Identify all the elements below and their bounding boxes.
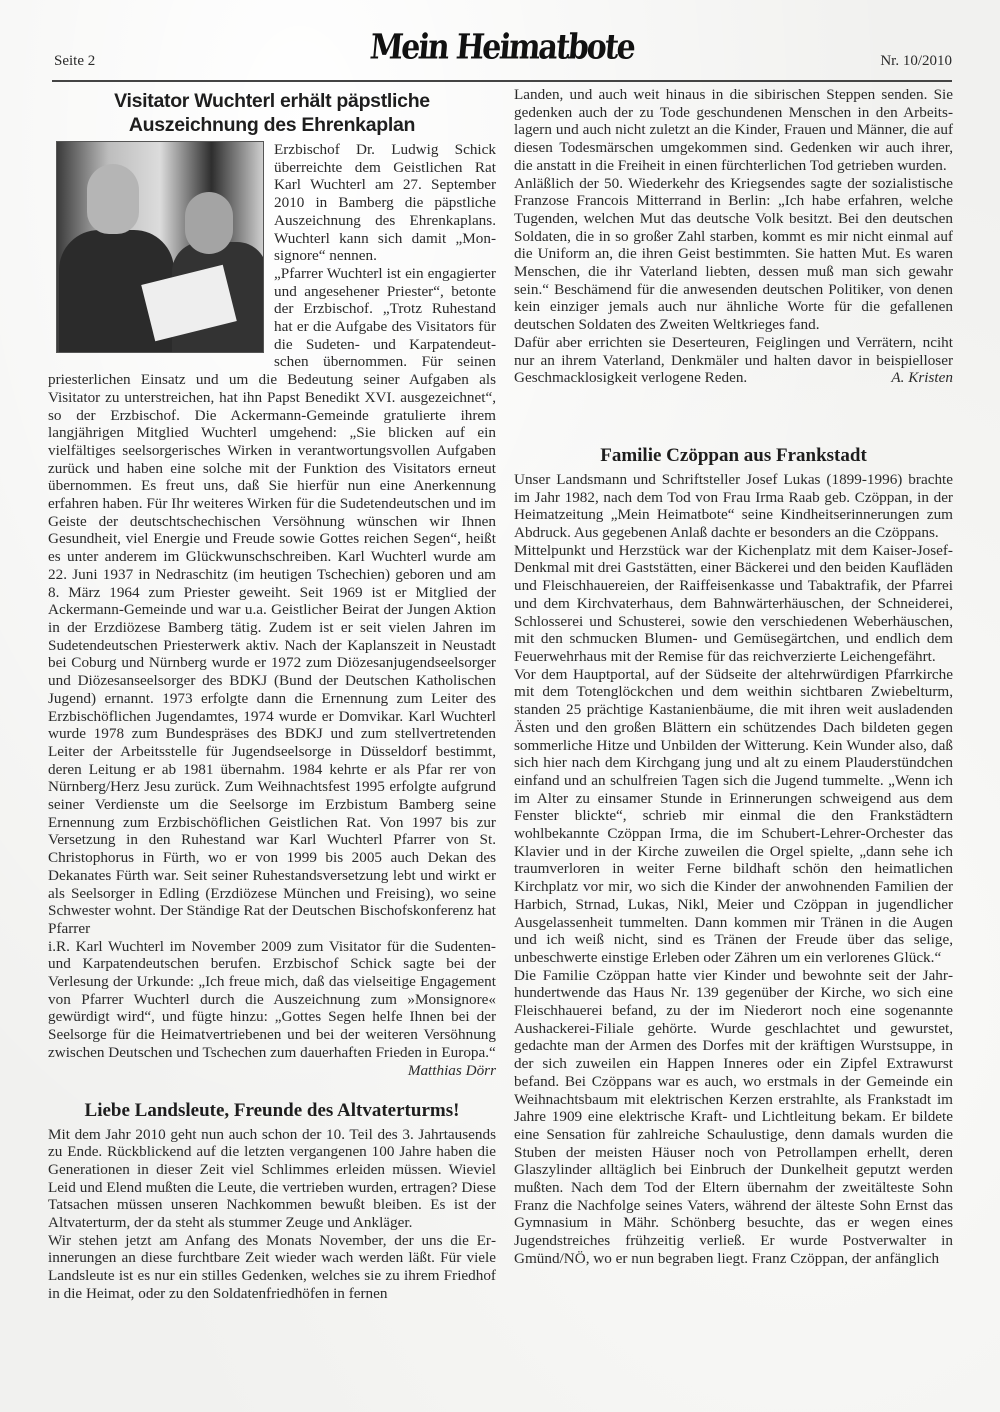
article-paragraph: Wir stehen jetzt am Anfang des Monats No… [48, 1232, 496, 1303]
article-author: A. Kristen [891, 369, 953, 387]
article-paragraph: i.R. Karl Wuchterl im November 2009 zum … [48, 938, 496, 1062]
headline-line-1: Visitator Wuchterl erhält päpstliche [114, 90, 430, 112]
page-number: Seite 2 [54, 53, 95, 70]
article-paragraph: Unser Landsmann und Schriftsteller Josef… [514, 471, 953, 542]
article-paragraph: Anläßlich der 50. Wiederkehr des Kriegse… [514, 175, 953, 334]
article-altvaterturm-continued: Landen, und auch weit hinaus in die sibi… [514, 86, 953, 387]
article-headline: Familie Czöppan aus Frankstadt [514, 445, 953, 467]
article-paragraph: Vor dem Hauptportal, auf der Südseite de… [514, 666, 953, 967]
article-headline: Liebe Landsleute, Freunde des Altvatertu… [48, 1100, 496, 1122]
article-paragraph: Mit dem Jahr 2010 geht nun auch schon de… [48, 1126, 496, 1232]
article-paragraph: Die Familie Czöppan hatte vier Kinder un… [514, 967, 953, 1268]
right-column: Landen, und auch weit hinaus in die sibi… [514, 86, 953, 1268]
issue-number: Nr. 10/2010 [880, 53, 952, 70]
article-photo [56, 141, 264, 353]
article-czoeppan: Familie Czöppan aus Frankstadt Unser Lan… [514, 445, 953, 1268]
article-paragraph: Mittelpunkt und Herzstück war der Kichen… [514, 542, 953, 666]
article-paragraph: Landen, und auch weit hinaus in die sibi… [514, 86, 953, 175]
article-altvaterturm: Liebe Landsleute, Freunde des Altvatertu… [48, 1100, 496, 1303]
article-paragraph: „Pfarrer Wuchterl ist ein engagierter un… [48, 265, 496, 938]
article-author: Matthias Dörr [408, 1062, 496, 1080]
page-header: Seite 2 Mein Heimatbote Nr. 10/2010 [52, 28, 952, 82]
article-headline: Visitator Wuchterl erhält päpstliche Aus… [48, 89, 496, 137]
headline-line-2: Auszeichnung des Ehrenkaplan [129, 114, 415, 136]
article-paragraph: Dafür aber errichten sie Deserteuren, Fe… [514, 334, 953, 387]
article-wuchterl: Visitator Wuchterl erhält päpstliche Aus… [48, 89, 496, 1062]
masthead-logo: Mein Heimatbote [368, 27, 635, 67]
left-column: Visitator Wuchterl erhält päpstliche Aus… [48, 86, 496, 1303]
